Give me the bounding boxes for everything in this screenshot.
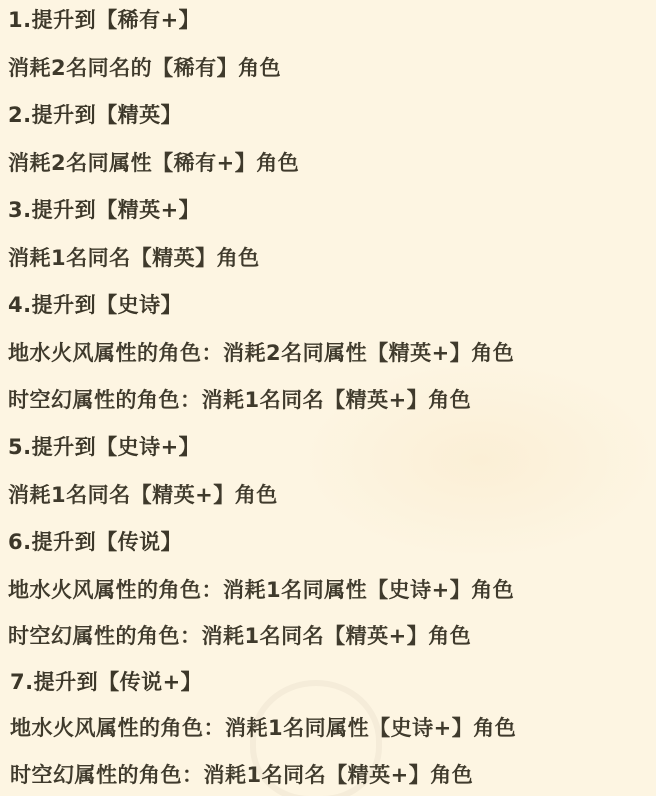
step-7-heading: 7.提升到【传说+】 <box>10 664 202 700</box>
step-1-heading: 1.提升到【稀有+】 <box>8 2 200 38</box>
step-5-requirement: 消耗1名同名【精英+】角色 <box>8 477 278 513</box>
step-6-requirement-spacetime: 时空幻属性的角色：消耗1名同名【精英+】角色 <box>8 618 471 654</box>
step-2-heading: 2.提升到【精英】 <box>8 97 182 133</box>
step-4-requirement-spacetime: 时空幻属性的角色：消耗1名同名【精英+】角色 <box>8 382 471 418</box>
step-2-requirement: 消耗2名同属性【稀有+】角色 <box>8 145 299 181</box>
step-3-requirement: 消耗1名同名【精英】角色 <box>8 240 260 276</box>
step-4-heading: 4.提升到【史诗】 <box>8 287 182 323</box>
step-1-requirement: 消耗2名同名的【稀有】角色 <box>8 50 281 86</box>
step-7-requirement-spacetime: 时空幻属性的角色：消耗1名同名【精英+】角色 <box>10 757 473 793</box>
step-3-heading: 3.提升到【精英+】 <box>8 192 200 228</box>
step-4-requirement-elemental: 地水火风属性的角色：消耗2名同属性【精英+】角色 <box>8 335 514 371</box>
step-5-heading: 5.提升到【史诗+】 <box>8 429 200 465</box>
step-6-requirement-elemental: 地水火风属性的角色：消耗1名同属性【史诗+】角色 <box>8 572 514 608</box>
step-6-heading: 6.提升到【传说】 <box>8 524 182 560</box>
step-7-requirement-elemental: 地水火风属性的角色：消耗1名同属性【史诗+】角色 <box>10 710 516 746</box>
